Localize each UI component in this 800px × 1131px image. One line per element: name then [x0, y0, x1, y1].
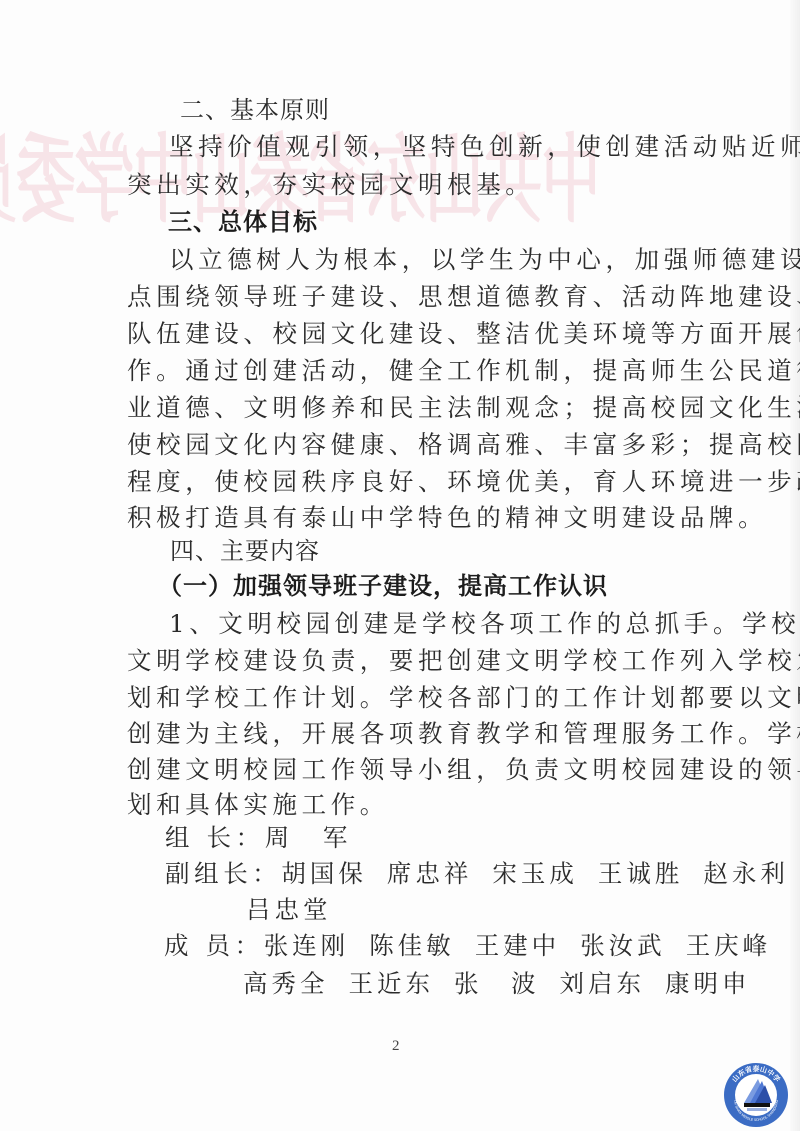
member-name: 王建中	[475, 931, 561, 961]
leader-label: 组 长：	[165, 823, 265, 852]
deputy-leaders-row: 副组长：胡国保席忠祥宋玉成王诚胜赵永利	[165, 859, 800, 889]
heading-principles: 二、基本原则	[180, 95, 330, 125]
deputy-name: 吕忠堂	[246, 895, 332, 925]
page-number: 2	[392, 1038, 400, 1055]
members-label: 成 员：	[164, 931, 264, 960]
leader-name: 周 军	[265, 823, 352, 852]
member-name: 张连刚	[264, 931, 350, 961]
heading-content: 四、主要内容	[170, 536, 320, 566]
member-name: 王近东	[349, 969, 435, 999]
members-row: 成 员：张连刚陈佳敏王建中张汝武王庆峰	[164, 931, 791, 961]
paragraph-line: 程度，使校园秩序良好、环境优美，育人环境进一步改善，	[127, 467, 800, 497]
paragraph-line: 队伍建设、校园文化建设、整洁优美环境等方面开展创建工	[127, 319, 800, 349]
paragraph-line: 业道德、文明修养和民主法制观念；提高校园文化生活质量，	[127, 393, 800, 423]
member-name: 王庆峰	[686, 931, 772, 961]
member-name: 刘启东	[560, 969, 646, 999]
deputy-name: 席忠祥	[387, 859, 473, 889]
deputy-name: 宋玉成	[492, 859, 578, 889]
member-name: 张汝武	[580, 931, 666, 961]
paragraph-line: 1、文明校园创建是学校各项工作的总抓手。学校党委对	[169, 609, 800, 639]
paragraph-line: 突出实效，夯实校园文明根基。	[127, 170, 534, 200]
paragraph-line: 创建文明校园工作领导小组，负责文明校园建设的领导、策	[127, 755, 800, 785]
deputy-name: 胡国保	[281, 859, 367, 889]
deputy-leaders-row-2: 吕忠堂	[246, 895, 352, 925]
paragraph-line: 积极打造具有泰山中学特色的精神文明建设品牌。	[127, 503, 767, 533]
member-name: 陈佳敏	[369, 931, 455, 961]
paragraph-line: 作。通过创建活动，健全工作机制，提高师生公民道德、职	[127, 356, 800, 386]
document-page: 中共山东省泰山中学委员会文件 二、基本原则 坚持价值观引领，坚特色创新，使创建活…	[0, 0, 800, 1131]
deputy-label: 副组长：	[165, 859, 281, 888]
paragraph-line: 划和具体实施工作。	[127, 790, 389, 820]
member-name: 张 波	[454, 969, 540, 999]
heading-goals: 三、总体目标	[168, 207, 318, 237]
group-leader-row: 组 长：周 军	[165, 823, 352, 853]
scan-edge	[790, 0, 800, 1131]
deputy-name: 赵永利	[703, 859, 789, 889]
members-row-2: 高秀全王近东张 波刘启东康明申	[243, 969, 771, 999]
paragraph-line: 文明学校建设负责，要把创建文明学校工作列入学校发展规	[127, 646, 800, 676]
paragraph-line: 坚持价值观引领，坚特色创新，使创建活动贴近师生，	[169, 132, 800, 162]
paragraph-line: 创建为主线，开展各项教育教学和管理服务工作。学校成立	[127, 719, 800, 749]
paragraph-line: 使校园文化内容健康、格调高雅、丰富多彩；提高校园文明	[127, 430, 800, 460]
deputy-name: 王诚胜	[598, 859, 684, 889]
subheading-leadership: （一）加强领导班子建设，提高工作认识	[158, 571, 608, 601]
school-logo-icon: 山东省泰山中学 TAI SHAN MIDDLE SCHOOL SHANDONG	[722, 1061, 790, 1129]
paragraph-line: 以立德树人为根本，以学生为中心，加强师德建设，重	[169, 245, 800, 275]
paragraph-line: 点围绕领导班子建设、思想道德教育、活动阵地建设、教师	[127, 282, 800, 312]
member-name: 康明申	[665, 969, 751, 999]
member-name: 高秀全	[243, 969, 329, 999]
paragraph-line: 划和学校工作计划。学校各部门的工作计划都要以文明校园	[127, 683, 800, 713]
